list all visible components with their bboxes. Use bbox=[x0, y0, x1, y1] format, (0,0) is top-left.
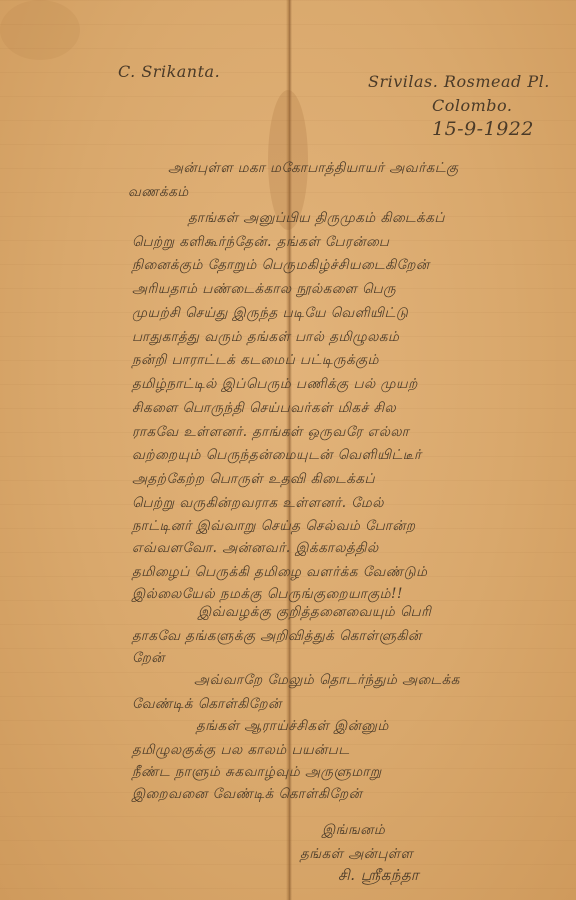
letter-date: 15-9-1922 bbox=[432, 118, 534, 140]
body-line: நினைக்கும் தோறும் பெருமகிழ்ச்சியடைகிறேன் bbox=[132, 257, 430, 275]
closing-line: வேண்டிக் கொள்கிறேன் bbox=[132, 696, 282, 714]
body-line: நன்றி பாராட்டக் கடமைப் பட்டிருக்கும் bbox=[132, 352, 379, 370]
body-line: இல்லையேல் நமக்கு பெருங்குறையாகும்!! bbox=[132, 586, 403, 604]
body-line: தாகவே தங்களுக்கு அறிவித்துக் கொள்ளுகின் bbox=[132, 628, 422, 646]
body-line: சிகளை பொருந்தி செய்பவர்கள் மிகச் சில bbox=[132, 400, 396, 418]
body-line: அரியதாம் பண்டைக்கால நூல்களை பெரு bbox=[132, 281, 396, 299]
body-line: தாங்கள் அனுப்பிய திருமுகம் கிடைக்கப் bbox=[188, 210, 445, 228]
body-line: தமிழைப் பெருக்கி தமிழை வளர்க்க வேண்டும் bbox=[132, 564, 427, 582]
closing-line: அவ்வாறே மேலும் தொடர்ந்தும் அடைக்க bbox=[194, 672, 460, 690]
body-line: பெற்று வருகின்றவராக உள்ளனர். மேல் bbox=[132, 495, 384, 513]
body-line: முயற்சி செய்து இருந்த படியே வெளியிட்டு bbox=[132, 305, 408, 323]
closing-line: தமிழுலகுக்கு பல காலம் பயன்பட bbox=[132, 742, 350, 760]
paper-stain bbox=[0, 0, 80, 60]
closing-line: இறைவனை வேண்டிக் கொள்கிறேன் bbox=[132, 786, 362, 804]
body-line: றேன் bbox=[132, 650, 165, 668]
body-line: எவ்வளவோ. அன்னவர். இக்காலத்தில் bbox=[132, 540, 379, 558]
body-line: ராகவே உள்ளனர். தாங்கள் ஒருவரே எல்லா bbox=[132, 424, 409, 442]
body-line: பெற்று களிகூர்ந்தேன். தங்கள் பேரன்பை bbox=[132, 234, 389, 252]
body-line: நாட்டினர் இவ்வாறு செய்த செல்வம் போன்ற bbox=[132, 518, 416, 536]
body-line: அதற்கேற்ற பொருள் உதவி கிடைக்கப் bbox=[132, 471, 375, 489]
salutation-line-2: வணக்கம் bbox=[128, 184, 189, 202]
closing-line: தங்கள் ஆராய்ச்சிகள் இன்னும் bbox=[196, 718, 389, 736]
address-line-2: Colombo. bbox=[432, 96, 512, 115]
signoff-line-2: தங்கள் அன்புள்ள bbox=[300, 846, 413, 864]
signoff-line-1: இங்ஙனம் bbox=[322, 822, 385, 840]
salutation-line-1: அன்புள்ள மகா மகோபாத்தியாயர் அவர்கட்கு bbox=[168, 160, 459, 178]
letter-page: C. Srikanta. Srivilas. Rosmead Pl. Colom… bbox=[0, 0, 576, 900]
body-line: பாதுகாத்து வரும் தங்கள் பால் தமிழுலகம் bbox=[132, 329, 399, 347]
body-line: இவ்வழக்கு குறித்தனைவையும் பெரி bbox=[198, 604, 431, 622]
sender-header: C. Srikanta. bbox=[118, 62, 220, 81]
signature: சி. ஸ்ரீகந்தா bbox=[338, 866, 419, 886]
address-line-1: Srivilas. Rosmead Pl. bbox=[368, 72, 550, 91]
body-line: வற்றையும் பெருந்தன்மையுடன் வெளியிட்டீர் bbox=[132, 447, 422, 465]
closing-line: நீண்ட நாளும் சுகவாழ்வும் அருளுமாறு bbox=[132, 764, 382, 782]
body-line: தமிழ்நாட்டில் இப்பெரும் பணிக்கு பல் முயற… bbox=[132, 376, 418, 394]
